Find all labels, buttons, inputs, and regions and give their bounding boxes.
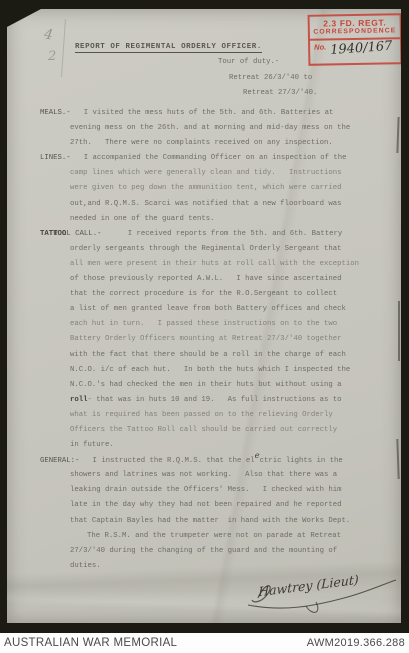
typed-text: showers and latrines was not working. Al… [70,471,337,479]
typed-text: e [255,451,260,461]
typed-line: each hut in turn. I passed these instruc… [70,317,401,332]
stamp-number: 1940/167 [330,39,393,58]
typed-line: were given to peg down the ammunition te… [70,181,401,196]
typed-line: late in the day why they had not been re… [70,498,401,513]
typed-text: I visited the mess huts of the 5th. and … [71,109,334,117]
typed-line: showers and latrines was not working. Al… [70,468,401,483]
stamp-number-box: No. 1940/167 [310,37,400,64]
typed-line: N.C.O. i/c of each hut. In both the huts… [70,363,401,378]
typed-text: N.C.O.'s had checked the men in their hu… [70,381,342,389]
tour-date-to: Retreat 27/3/'40. [243,89,317,97]
stamp-no-label: No. [314,43,326,52]
paper-crease [61,19,66,77]
typed-text: ROLL CALL.- [53,230,101,238]
document-page: 4 2 REPORT OF REGIMENTAL ORDERLY OFFICER… [7,9,401,623]
signature: Hawtrey (Lieut) [244,570,402,618]
edge-mark [398,301,400,361]
typed-line: orderly sergeants through the Regimental… [70,242,401,257]
typed-line: what is required has been passed on to t… [70,408,401,423]
typed-text: I received reports from the 5th. and 6th… [101,230,342,238]
typed-text: orderly sergeants through the Regimental… [70,245,342,253]
typed-text: late in the day why they had not been re… [70,501,342,509]
typed-line: 27th. There were no complaints received … [70,136,401,151]
typed-text: MEALS.- [40,109,71,117]
typed-line: that the correct procedure is for the R.… [70,287,401,302]
scanned-document-view: 4 2 REPORT OF REGIMENTAL ORDERLY OFFICER… [0,0,409,653]
pencil-mark: 4 [43,26,54,43]
typed-line: N.C.O.'s had checked the men in their hu… [70,378,401,393]
correspondence-stamp: 2.3 FD. REGT. CORRESPONDENCE No. 1940/16… [308,13,403,66]
typed-text: I instructed the R.Q.M.S. that the el [79,457,254,465]
typed-line: roll- that was in huts 10 and 19. As ful… [70,393,401,408]
typed-line: LINES.- I accompanied the Commanding Off… [40,151,401,166]
typed-text: out,and R.Q.M.S. Scarci was notified tha… [70,200,342,208]
typed-line: needed in one of the guard tents. [70,212,401,227]
typed-text: that the correct procedure is for the R.… [70,290,337,298]
typed-line: 27/3/'40 during the changing of the guar… [70,544,401,559]
typed-line: in future. [70,438,401,453]
document-title: REPORT OF REGIMENTAL ORDERLY OFFICER. [75,43,262,53]
pencil-mark: 2 [48,49,56,64]
typed-text: camp lines which were generally clean an… [70,169,342,177]
typed-text: evening mess on the 26th. and at morning… [70,124,350,132]
typed-text: duties. [70,562,101,570]
document-body: MEALS.- I visited the mess huts of the 5… [7,106,401,574]
typed-text: 27th. There were no complaints received … [70,139,333,147]
typed-text: Officers the Tattoo Roll call should be … [70,426,337,434]
typed-text: roll [70,396,88,404]
typed-line: with the fact that there should be a rol… [70,348,401,363]
typed-line: The R.S.M. and the trumpeter were not on… [87,529,401,544]
typed-text: Battery Orderly Officers mounting at Ret… [70,335,342,343]
typed-line: GENERAL:- I instructed the R.Q.M.S. that… [40,453,401,468]
archive-footer: AUSTRALIAN WAR MEMORIAL AWM2019.366.288 [0,633,409,653]
typed-line: MEALS.- I visited the mess huts of the 5… [40,106,401,121]
typed-text: The R.S.M. and the trumpeter were not on… [87,532,341,540]
archive-name: AUSTRALIAN WAR MEMORIAL [0,637,177,649]
typed-line: camp lines which were generally clean an… [70,166,401,181]
typed-text: leaking drain outside the Officers' Mess… [70,486,342,494]
typed-text: of those previously reported A.W.L. I ha… [70,275,342,283]
typed-text: what is required has been passed on to t… [70,411,333,419]
typed-text: were given to peg down the ammunition te… [70,184,342,192]
typed-text: 27/3/'40 during the changing of the guar… [70,547,337,555]
tour-date-from: Retreat 26/3/'40 to [229,74,312,82]
typed-text: ctric lights in the [260,457,343,465]
archive-item-id: AWM2019.366.288 [307,637,409,649]
typed-line: that Captain Bayles had the matter in ha… [70,514,401,529]
typed-text: N.C.O. i/c of each hut. In both the huts… [70,366,350,374]
typed-line: a list of men granted leave from both Ba… [70,302,401,317]
typed-text: each hut in turn. I passed these instruc… [70,320,337,328]
tour-of-duty-line: Tour of duty.- [218,58,279,66]
typed-text: with the fact that there should be a rol… [70,351,346,359]
typed-line: out,and R.Q.M.S. Scarci was notified tha… [70,197,401,212]
typed-line: TATTOOROLL CALL.- I received reports fro… [40,227,401,242]
stamp-correspondence-label: CORRESPONDENCE [310,27,400,36]
typed-line: leaking drain outside the Officers' Mess… [70,483,401,498]
typed-text: needed in one of the guard tents. [70,215,215,223]
typed-text: all men were present in their huts at ro… [70,260,359,268]
typed-line: Battery Orderly Officers mounting at Ret… [70,332,401,347]
typed-text: LINES.- [40,154,71,162]
typed-line: Officers the Tattoo Roll call should be … [70,423,401,438]
typed-text: in future. [70,441,114,449]
typed-text: I accompanied the Commanding Officer on … [71,154,347,162]
typed-text: GENERAL:- [40,457,79,465]
typed-line: evening mess on the 26th. and at morning… [70,121,401,136]
typed-line: of those previously reported A.W.L. I ha… [70,272,401,287]
typed-text: that Captain Bayles had the matter in ha… [70,517,350,525]
typed-text: a list of men granted leave from both Ba… [70,305,346,313]
typed-text: - that was in huts 10 and 19. As full in… [88,396,342,404]
typed-line: all men were present in their huts at ro… [70,257,401,272]
